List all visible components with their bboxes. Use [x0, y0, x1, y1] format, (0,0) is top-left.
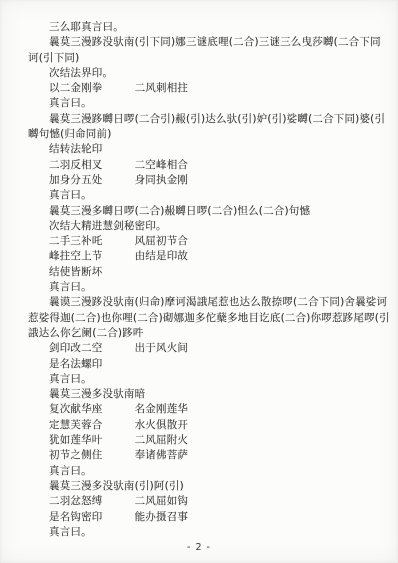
text-line: 是名钩密印 能办摄召事 — [28, 510, 392, 525]
scanned-page: 三么耶真言曰。曩莫三漫跢没驮南(引下同)娜三谜底哩(二合)三谜三么曳莎嚩(二合下… — [0, 0, 398, 563]
text-line: 犹如莲华叶 二风屈附火 — [28, 433, 392, 448]
text-line: 真言曰。 — [28, 96, 392, 111]
text-line: 次结法界印。 — [28, 66, 392, 81]
text-line: 二羽忿怒缚 二风屈如钩 — [28, 494, 392, 509]
text-line: 诃(引下同) — [28, 51, 392, 66]
text-line: 剑印改二空 出于风火间 — [28, 341, 392, 356]
text-line: 以二金刚拳 二风刺相拄 — [28, 81, 392, 96]
text-line: 真言曰。 — [28, 464, 392, 479]
text-line: 初节之侧住 奉诸佛菩萨 — [28, 448, 392, 463]
text-line: 嚩句憾(归命同前) — [28, 127, 392, 142]
text-line: 誐达么你乞阑(二合)跢吽 — [28, 326, 392, 341]
text-line: 曩莫三漫跢嚩日啰(二合引)赧(引)达么驮(引)妒(引)娑嚩(二合下同)婆(引 — [28, 112, 392, 127]
text-line: 曩谟三漫跢没驮南(归命)摩诃渴誐尾惹也达么散捺啰(二合下同)舍曩娑诃 — [28, 295, 392, 310]
text-line: 真言曰。 — [28, 280, 392, 295]
text-line: 曩莫三漫多没驮南(引)阿(引) — [28, 479, 392, 494]
text-line: 曩莫三漫多嚩日啰(二合)赧嚩日啰(二合)怛么(二合)句憾 — [28, 204, 392, 219]
text-line: 曩莫三漫多没驮南暗 — [28, 387, 392, 402]
text-line: 惹娑得迦(二合)也你哩(二合)砌娜迦多佗蘖多地目讫底(二合)你啰惹跢尾啰(引 — [28, 311, 392, 326]
text-line: 三么耶真言曰。 — [28, 20, 392, 35]
text-line: 次结大精进慧剑秘密印。 — [28, 219, 392, 234]
text-line: 真言曰。 — [28, 188, 392, 203]
text-line: 峰拄空上节 由结是印故 — [28, 249, 392, 264]
text-line: 曩莫三漫跢没驮南(引下同)娜三谜底哩(二合)三谜三么曳莎嚩(二合下同 — [28, 35, 392, 50]
page-number: - 2 - — [0, 542, 398, 553]
text-line: 二羽反相叉 二空峰相合 — [28, 158, 392, 173]
text-line: 真言曰。 — [28, 372, 392, 387]
text-line: 复次献华座 名金刚莲华 — [28, 402, 392, 417]
text-line: 二手三补吒 风屈初节合 — [28, 234, 392, 249]
page-body: 三么耶真言曰。曩莫三漫跢没驮南(引下同)娜三谜底哩(二合)三谜三么曳莎嚩(二合下… — [28, 20, 392, 540]
text-line: 结使皆断坏 — [28, 265, 392, 280]
text-line: 真言曰。 — [28, 525, 392, 540]
text-line: 定慧芙蓉合 水火俱散开 — [28, 418, 392, 433]
text-line: 加身分五处 身同执金刚 — [28, 173, 392, 188]
text-line: 是名法螺印 — [28, 357, 392, 372]
text-line: 结转法轮印 — [28, 142, 392, 157]
